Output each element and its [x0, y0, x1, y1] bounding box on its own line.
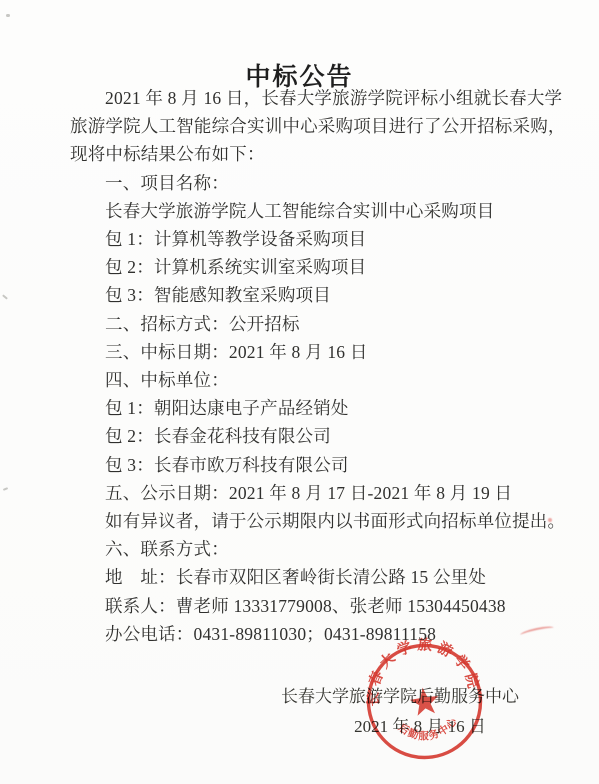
- seal-graphic: 长春大学旅游学院 后勤服务中心: [353, 630, 496, 773]
- body-line-package-3: 包 3：智能感知教室采购项目: [70, 281, 550, 309]
- body-line: 2021 年 8 月 16 日，长春大学旅游学院评标小组就长春大学: [70, 84, 550, 112]
- body-line: 长春大学旅游学院人工智能综合实训中心采购项目: [70, 197, 550, 225]
- official-seal-stamp: 长春大学旅游学院 后勤服务中心: [353, 630, 496, 773]
- body-line-section-2: 二、招标方式：公开招标: [70, 310, 550, 338]
- body-line-package-2: 包 2：计算机系统实训室采购项目: [70, 253, 550, 281]
- scan-speck: [3, 487, 8, 491]
- body-line-section-5: 五、公示日期：2021 年 8 月 17 日-2021 年 8 月 19 日: [70, 479, 550, 507]
- body-line-section-4: 四、中标单位：: [70, 366, 550, 394]
- announcement-body: 2021 年 8 月 16 日，长春大学旅游学院评标小组就长春大学 旅游学院人工…: [70, 84, 550, 648]
- body-line-winner-1: 包 1：朝阳达康电子产品经销处: [70, 394, 550, 422]
- scanned-announcement-page: 中标公告 2021 年 8 月 16 日，长春大学旅游学院评标小组就长春大学 旅…: [0, 0, 599, 784]
- body-line-section-1: 一、项目名称：: [70, 169, 550, 197]
- scan-speck: [6, 14, 10, 17]
- body-line-winner-3: 包 3：长春市欧万科技有限公司: [70, 451, 550, 479]
- seal-bottom-text: 后勤服务中心: [395, 713, 463, 747]
- body-line-address: 地 址：长春市双阳区奢岭街长清公路 15 公里处: [70, 563, 550, 591]
- stray-ink-dot: [548, 518, 552, 522]
- seal-star-icon: [408, 686, 440, 717]
- body-line-contacts: 联系人：曹老师 13331779008、张老师 15304450438: [70, 592, 550, 620]
- svg-text:后勤服务中心: 后勤服务中心: [395, 713, 463, 747]
- scan-speck: [2, 294, 8, 299]
- body-line: 旅游学院人工智能综合实训中心采购项目进行了公开招标采购，: [70, 112, 550, 140]
- body-line-section-6: 六、联系方式：: [70, 535, 550, 563]
- body-line: 现将中标结果公布如下：: [70, 140, 550, 168]
- body-line: 如有异议者，请于公示期限内以书面形式向招标单位提出。: [70, 507, 550, 535]
- body-line-section-3: 三、中标日期：2021 年 8 月 16 日: [70, 338, 550, 366]
- body-line-package-1: 包 1：计算机等教学设备采购项目: [70, 225, 550, 253]
- body-line-winner-2: 包 2：长春金花科技有限公司: [70, 422, 550, 450]
